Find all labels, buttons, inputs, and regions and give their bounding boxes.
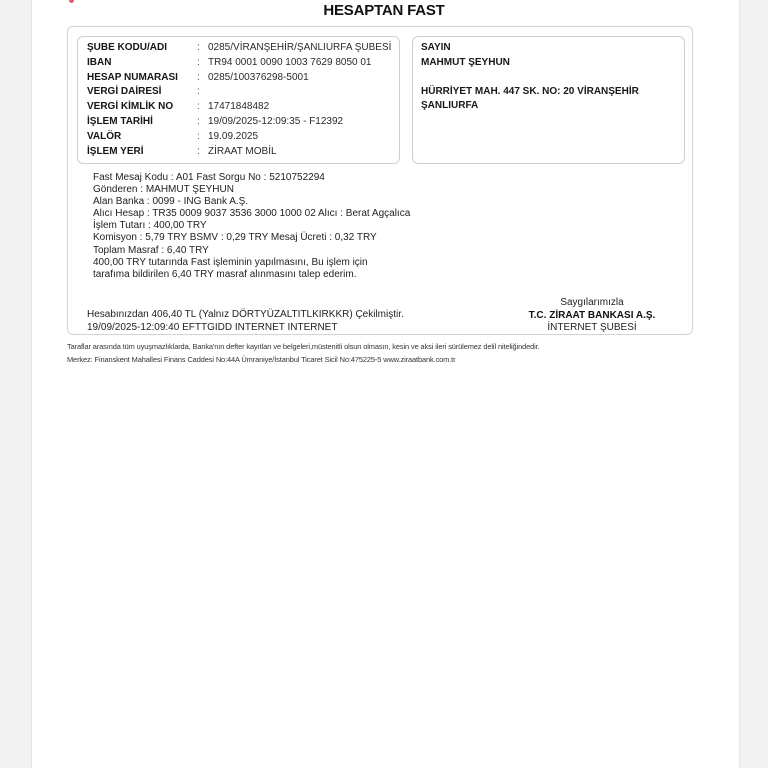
detail-line: Gönderen : MAHMUT ŞEYHUN — [93, 184, 410, 196]
info-row: VERGİ KİMLİK NO:17471848482 — [87, 100, 391, 115]
info-separator: : — [197, 41, 208, 56]
info-label: HESAP NUMARASI — [87, 71, 197, 86]
recipient-address: SAYIN MAHMUT ŞEYHUN HÜRRİYET MAH. 447 SK… — [421, 41, 639, 114]
legal-disclaimer: Taraflar arasında tüm uyuşmazlıklarda, B… — [67, 341, 540, 354]
account-info-table: ŞUBE KODU/ADI:0285/VİRANŞEHİR/ŞANLIURFA … — [87, 41, 391, 159]
transaction-details: Fast Mesaj Kodu : A01 Fast Sorgu No : 52… — [93, 172, 410, 281]
info-separator: : — [197, 100, 208, 115]
info-label: IBAN — [87, 56, 197, 71]
address-line-2: ŞANLIURFA — [421, 99, 639, 114]
info-label: VERGİ KİMLİK NO — [87, 100, 197, 115]
info-row: IBAN:TR94 0001 0090 1003 7629 8050 01 — [87, 56, 391, 71]
info-separator: : — [197, 56, 208, 71]
withdrawal-note: Hesabınızdan 406,40 TL (Yalnız DÖRTYÜZAL… — [87, 309, 404, 334]
detail-line: Komisyon : 5,79 TRY BSMV : 0,29 TRY Mesa… — [93, 232, 410, 244]
detail-line: İşlem Tutarı : 400,00 TRY — [93, 220, 410, 232]
salutation: SAYIN — [421, 41, 639, 56]
info-label: ŞUBE KODU/ADI — [87, 41, 197, 56]
info-value: 19/09/2025-12:09:35 - F12392 — [208, 115, 343, 130]
info-separator: : — [197, 145, 208, 160]
withdrawal-timestamp-line: 19/09/2025-12:09:40 EFTTGIDD INTERNET IN… — [87, 322, 404, 335]
address-line-1: HÜRRİYET MAH. 447 SK. NO: 20 VİRANŞEHİR — [421, 85, 639, 100]
detail-line: Alıcı Hesap : TR35 0009 9037 3536 3000 1… — [93, 208, 410, 220]
signature-branch: İNTERNET ŞUBESİ — [522, 322, 662, 335]
info-value: 19.09.2025 — [208, 130, 258, 145]
info-value: 17471848482 — [208, 100, 269, 115]
info-value: 0285/VİRANŞEHİR/ŞANLIURFA ŞUBESİ — [208, 41, 391, 56]
customer-name: MAHMUT ŞEYHUN — [421, 56, 639, 71]
legal-footer: Taraflar arasında tüm uyuşmazlıklarda, B… — [67, 341, 540, 366]
withdrawal-amount-line: Hesabınızdan 406,40 TL (Yalnız DÖRTYÜZAL… — [87, 309, 404, 322]
signature-block: Saygılarımızla T.C. ZİRAAT BANKASI A.Ş. … — [522, 297, 662, 335]
signature-bank: T.C. ZİRAAT BANKASI A.Ş. — [522, 310, 662, 323]
info-separator: : — [197, 71, 208, 86]
info-label: VERGİ DAİRESİ — [87, 85, 197, 100]
detail-line: Fast Mesaj Kodu : A01 Fast Sorgu No : 52… — [93, 172, 410, 184]
info-value: 0285/100376298-5001 — [208, 71, 309, 86]
headquarters-address: Merkez: Finanskent Mahallesi Finans Cadd… — [67, 354, 540, 367]
info-label: İŞLEM YERİ — [87, 145, 197, 160]
info-row: HESAP NUMARASI:0285/100376298-5001 — [87, 71, 391, 86]
info-row: ŞUBE KODU/ADI:0285/VİRANŞEHİR/ŞANLIURFA … — [87, 41, 391, 56]
detail-line: Alan Banka : 0099 - ING Bank A.Ş. — [93, 196, 410, 208]
info-value: ZİRAAT MOBİL — [208, 145, 277, 160]
detail-line: tarafıma bildirilen 6,40 TRY masraf alın… — [93, 269, 410, 281]
info-separator: : — [197, 130, 208, 145]
info-separator: : — [197, 85, 208, 100]
info-value: TR94 0001 0090 1003 7629 8050 01 — [208, 56, 371, 71]
document-title: HESAPTAN FAST — [0, 2, 768, 19]
info-row: VERGİ DAİRESİ: — [87, 85, 391, 100]
info-row: İŞLEM TARİHİ:19/09/2025-12:09:35 - F1239… — [87, 115, 391, 130]
detail-line: Toplam Masraf : 6,40 TRY — [93, 245, 410, 257]
info-label: VALÖR — [87, 130, 197, 145]
detail-line: 400,00 TRY tutarında Fast işleminin yapı… — [93, 257, 410, 269]
signature-greeting: Saygılarımızla — [522, 297, 662, 310]
info-label: İŞLEM TARİHİ — [87, 115, 197, 130]
info-separator: : — [197, 115, 208, 130]
info-row: VALÖR:19.09.2025 — [87, 130, 391, 145]
info-row: İŞLEM YERİ:ZİRAAT MOBİL — [87, 145, 391, 160]
